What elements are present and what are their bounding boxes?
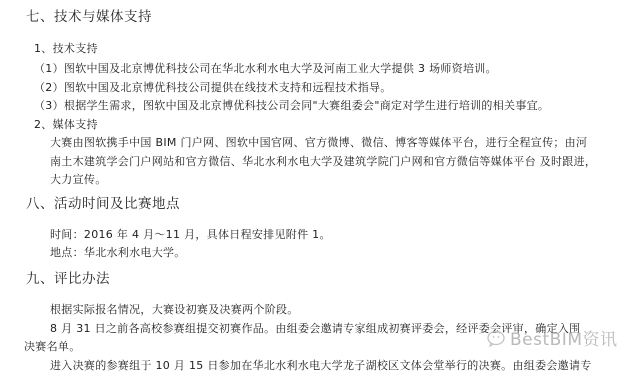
list-item: （3）根据学生需求，图软中国及北京博优科技公司会同"大赛组委会"商定对学生进行培… — [34, 99, 549, 113]
subsection-media-support-title: 2、媒体支持 — [34, 118, 98, 132]
paragraph-line: 大力宣传。 — [50, 173, 107, 187]
list-item: （2）图软中国及北京博优科技公司提供在线技术支持和远程技术指导。 — [34, 81, 392, 95]
paragraph-line: 大赛由图软携手中国 BIM 门户网、图软中国官网、官方微博、微信、博客等媒体平台… — [50, 136, 587, 150]
event-time: 时间：2016 年 4 月～11 月，具体日程安排见附件 1。 — [50, 228, 331, 242]
wechat-icon — [486, 329, 506, 347]
list-item: （1）图软中国及北京博优科技公司在华北水利水电大学及河南工业大学提供 3 场师资… — [34, 62, 497, 76]
event-place: 地点：华北水利水电大学。 — [50, 246, 186, 260]
section-7-heading: 七、技术与媒体支持 — [26, 10, 152, 24]
section-8-heading: 八、活动时间及比赛地点 — [26, 197, 180, 211]
subsection-technical-support-title: 1、技术支持 — [34, 42, 98, 56]
paragraph-line: 决赛名单。 — [24, 340, 81, 354]
paragraph-line: 南土木建筑学会门户网站和官方微信、华北水利水电大学及建筑学院门户网和官方微信等媒… — [50, 155, 596, 169]
paragraph-line: 进入决赛的参赛组于 10 月 15 日参加在华北水利水电大学龙子湖校区文体会堂举… — [50, 359, 592, 372]
section-9-heading: 九、评比办法 — [26, 272, 110, 286]
watermark-text: BestBIM资讯 — [510, 325, 618, 350]
paragraph-line: 根据实际报名情况，大赛设初赛及决赛两个阶段。 — [50, 303, 299, 317]
watermark: BestBIM资讯 — [486, 325, 618, 350]
